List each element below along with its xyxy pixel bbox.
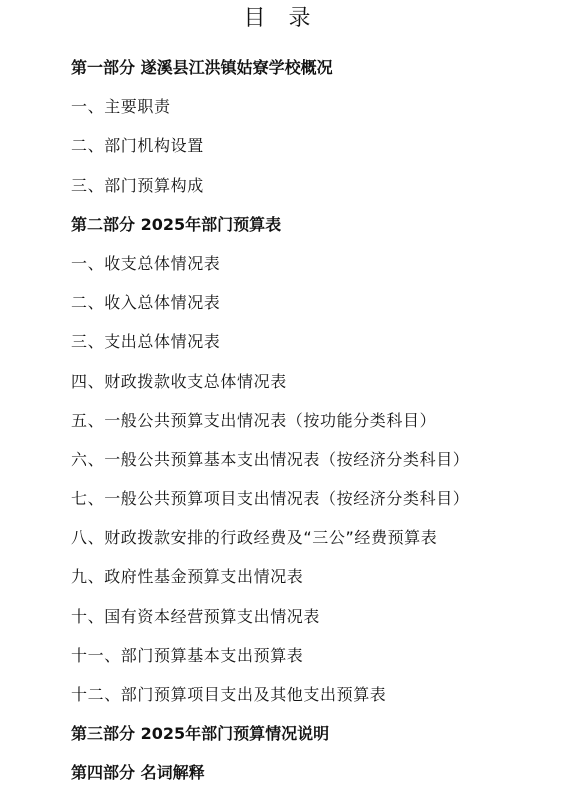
toc-item-general-budget-by-function[interactable]: 五、一般公共预算支出情况表（按功能分类科目） bbox=[71, 409, 552, 448]
toc-item-project-and-other-expenditure-budget[interactable]: 十二、部门预算项目支出及其他支出预算表 bbox=[71, 683, 552, 722]
toc-item-budget-composition[interactable]: 三、部门预算构成 bbox=[71, 174, 552, 213]
toc-item-general-budget-basic-by-economic[interactable]: 六、一般公共预算基本支出情况表（按经济分类科目） bbox=[71, 448, 552, 487]
toc-item-admin-and-three-public-expenses[interactable]: 八、财政拨款安排的行政经费及“三公”经费预算表 bbox=[71, 526, 552, 565]
toc-item-fiscal-appropriation-overview[interactable]: 四、财政拨款收支总体情况表 bbox=[71, 370, 552, 409]
toc-part-3[interactable]: 第三部分 2025年部门预算情况说明 bbox=[71, 722, 552, 761]
toc-item-expenditure-overview[interactable]: 三、支出总体情况表 bbox=[71, 330, 552, 369]
toc-item-basic-expenditure-budget[interactable]: 十一、部门预算基本支出预算表 bbox=[71, 644, 552, 683]
page-title: 目 录 bbox=[0, 4, 562, 34]
toc-item-org-structure[interactable]: 二、部门机构设置 bbox=[71, 134, 552, 173]
toc-item-state-capital-budget[interactable]: 十、国有资本经营预算支出情况表 bbox=[71, 605, 552, 644]
toc-part-2[interactable]: 第二部分 2025年部门预算表 bbox=[71, 213, 552, 252]
toc-item-main-duties[interactable]: 一、主要职责 bbox=[71, 95, 552, 134]
table-of-contents: 第一部分 遂溪县江洪镇姑寮学校概况 一、主要职责 二、部门机构设置 三、部门预算… bbox=[71, 56, 552, 799]
toc-item-revenue-overview[interactable]: 二、收入总体情况表 bbox=[71, 291, 552, 330]
toc-item-revenue-expenditure-overview[interactable]: 一、收支总体情况表 bbox=[71, 252, 552, 291]
toc-part-4[interactable]: 第四部分 名词解释 bbox=[71, 761, 552, 799]
toc-part-1[interactable]: 第一部分 遂溪县江洪镇姑寮学校概况 bbox=[71, 56, 552, 95]
toc-item-general-budget-project-by-economic[interactable]: 七、一般公共预算项目支出情况表（按经济分类科目） bbox=[71, 487, 552, 526]
toc-item-government-fund-budget[interactable]: 九、政府性基金预算支出情况表 bbox=[71, 565, 552, 604]
